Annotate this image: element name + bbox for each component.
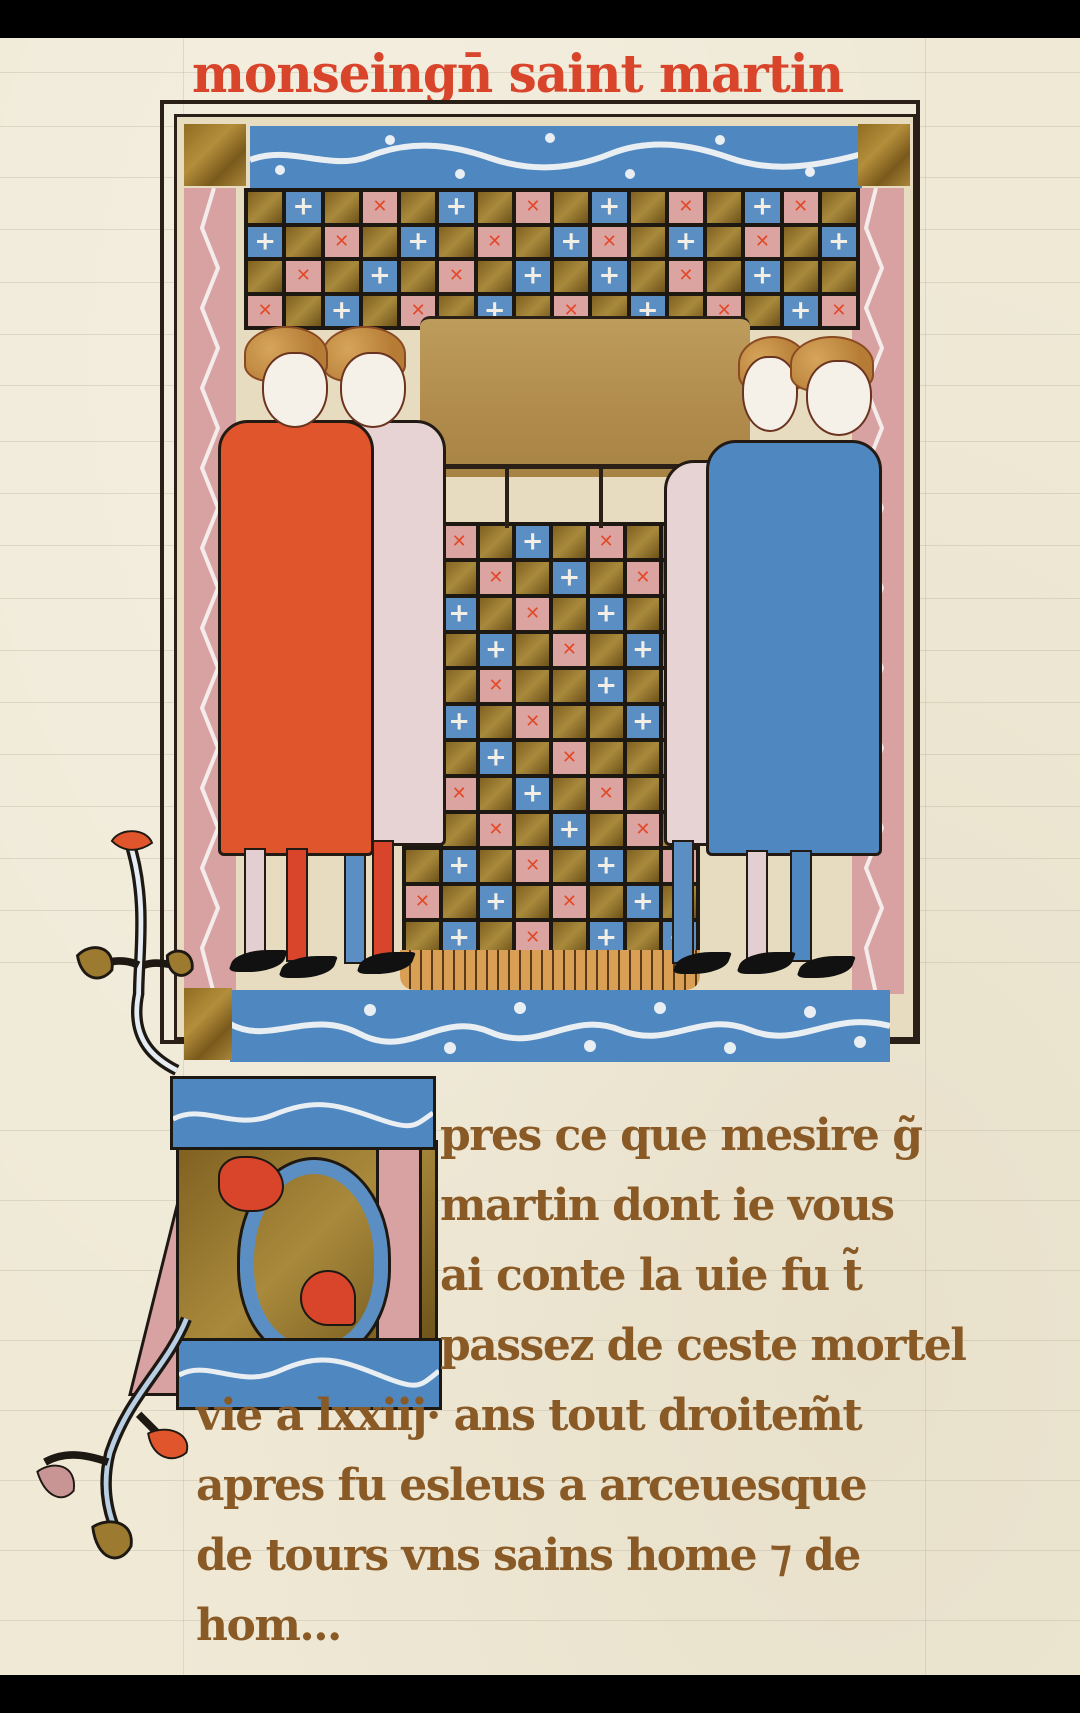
wave-pattern-icon [173,1079,433,1147]
letterbox-bottom [0,1675,1080,1713]
checkered-pall [402,522,700,958]
initial-top-bar [170,1076,436,1150]
text-line-6: apres fu esleus a arceuesque [196,1460,866,1511]
leg [372,840,394,964]
miniature-border-top [250,126,862,188]
gold-corner-top-left [184,124,246,186]
tunic [706,440,882,856]
tunic [218,420,374,856]
face [262,352,328,428]
text-line-4: passez de ceste mortel [440,1320,966,1371]
gold-corner-bottom-left [184,988,232,1060]
text-line-7: de tours vns sains home ⁊ de [196,1530,860,1581]
text-line-2: martin dont ie vous [440,1180,894,1231]
letterbox-top [0,0,1080,38]
leg [672,840,694,964]
text-line-1: pres ce que mesire g̃ [440,1110,922,1161]
dragon-tail-icon [300,1270,356,1326]
face [806,360,872,436]
leg [244,848,266,962]
leg [790,850,812,962]
bier-base [400,950,700,990]
miniature-border-bottom [230,990,890,1062]
ruling-line [0,1620,1080,1621]
rubric-heading: monseingn̄ saint martin [192,43,843,105]
text-line-8: hom... [196,1600,341,1651]
leg [286,848,308,962]
gold-corner-top-right [858,124,910,186]
bier-legs [505,468,603,528]
vertical-ruling [925,38,926,1675]
leg [746,850,768,962]
face [340,352,406,428]
checkered-background [244,188,860,330]
wave-pattern-icon [250,126,862,188]
gold-bier-cloth [420,316,750,477]
leg [344,840,366,964]
wave-pattern-icon [230,990,890,1062]
text-line-5: vie a lxxiij· ans tout droitem̃t [196,1390,861,1441]
text-line-3: ai conte la uie fu t̃ [440,1250,861,1301]
